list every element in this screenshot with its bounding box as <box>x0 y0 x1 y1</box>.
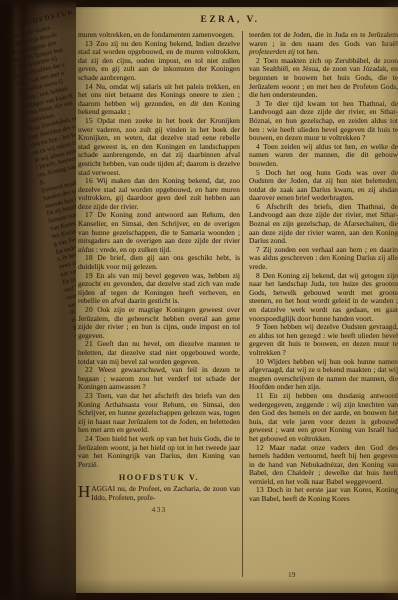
verse-text: Ook zijn er magtige Koningen geweest ove… <box>78 305 240 340</box>
verse: 4 Toen zeiden wij aldus tot hen, en welk… <box>249 143 398 169</box>
verse-text: En als van mij bevel gegeven was, hebben… <box>78 271 240 306</box>
verse: 13 Doch in het eerste jaar van Kores, Ko… <box>249 486 398 503</box>
verse: 7 Zij zonden een verhaal aan hem ; en da… <box>249 246 398 272</box>
verse-text: Toen, van dat het afschrift des briefs v… <box>78 391 240 434</box>
book-photo: EZRA, V. muren voltrekken, en de fondame… <box>0 0 398 600</box>
verse: teerden tot de Joden, die in Juda en te … <box>249 31 398 57</box>
verse: 20 Ook zijn er magtige Koningen geweest … <box>78 306 240 340</box>
verse-text: Toen hield het werk op van het huis Gods… <box>78 434 240 469</box>
verse: 3 Te dier tijd kwam tot hen Thathnai, de… <box>249 100 398 143</box>
verse-text: Toen hebben wij dezelve Oudsten gevraagd… <box>249 322 398 357</box>
verse-text: Zoo zij nu den Koning bekend, Indien dez… <box>78 39 240 82</box>
verse-text: Te dier tijd kwam tot hen Thathnai, de L… <box>249 99 398 142</box>
facing-page-gutter: HOOFDSTUK IV. OEN nu de weder- en Benjam… <box>0 0 76 600</box>
verse: 2 Toen maakten zich op Zerubbábel, de zo… <box>249 57 398 100</box>
verse-text: Geeft dan nu bevel, om diezelve mannen t… <box>78 339 240 365</box>
verse-text: Doch in het eerste jaar van Kores, Konin… <box>249 485 398 503</box>
verse: 8 Den Koning zij bekend, dat wij getogen… <box>249 272 398 324</box>
verse-text: Doch het oog huns Gods was over de Oudst… <box>249 168 398 203</box>
signature-mark: 19 <box>288 570 295 579</box>
verse: 18 De brief, dien gij aan ons geschikt h… <box>78 254 240 271</box>
verse-text: Wijders hebben wij hun ook hunne namen a… <box>249 357 398 392</box>
left-column-verses: muren voltrekken, en de fondamenten zame… <box>78 31 240 469</box>
facing-page-lines: OEN nu de weder- en Benjamin hoorde der … <box>5 0 76 493</box>
chapter-heading: HOOFDSTUK V. <box>78 473 240 482</box>
page-number: 433 <box>78 505 240 514</box>
verse-text: AGGAI nu, de Profeet, en Zacharia, de zo… <box>91 484 240 502</box>
verse: 10 Wijders hebben wij hun ook hunne name… <box>249 358 398 392</box>
verse: 6 Afschrift des briefs, dien Thathnai, d… <box>249 203 398 246</box>
verse: 22 Weest gewaarschuwd, van feil in dezen… <box>78 366 240 392</box>
verse-text: De Koning zond antwoord aan Rehum, den K… <box>78 210 240 253</box>
verse-text: Wij maken dan den Koning bekend, dat, zo… <box>78 176 240 211</box>
verse: 9 Toen hebben wij dezelve Oudsten gevraa… <box>249 323 398 357</box>
drop-cap: H <box>78 485 91 500</box>
verse: 23 Toen, van dat het afschrift des brief… <box>78 392 240 435</box>
verse: 12 Maar nadat onze vaders den God des he… <box>249 444 398 487</box>
right-column-verses: teerden tot de Joden, die in Juda en te … <box>249 31 398 504</box>
verse-text: Maar nadat onze vaders den God des hemel… <box>249 443 398 486</box>
column-divider-rule <box>242 31 243 577</box>
verse: 17 De Koning zond antwoord aan Rehum, de… <box>78 211 240 254</box>
verse: 16 Wij maken dan den Koning bekend, dat,… <box>78 177 240 211</box>
verse-text: teerden tot de Joden, die in Juda en te … <box>249 30 398 56</box>
chapter-opening: HAGGAI nu, de Profeet, en Zacharia, de z… <box>78 485 240 502</box>
verse: 14 Nu, omdat wij salaris uit het paleis … <box>78 83 240 117</box>
verse-text: Opdat men zoeke in het boek der Kronijke… <box>78 116 240 177</box>
verse: 24 Toen hield het werk op van het huis G… <box>78 435 240 469</box>
verse: 5 Doch het oog huns Gods was over de Oud… <box>249 169 398 203</box>
verse-text: Den Koning zij bekend, dat wij getogen z… <box>249 271 398 323</box>
verse-text: Weest gewaarschuwd, van feil in dezen te… <box>78 365 240 391</box>
right-column: teerden tot de Joden, die in Juda en te … <box>249 31 398 504</box>
left-column: muren voltrekken, en de fondamenten zame… <box>78 31 240 514</box>
verse: 21 Geeft dan nu bevel, om diezelve manne… <box>78 340 240 366</box>
verse-text: De brief, dien gij aan ons geschikt hebt… <box>78 253 240 271</box>
verse-text: Toen zeiden wij aldus tot hen, en welke … <box>249 142 398 168</box>
verse: 15 Opdat men zoeke in het boek der Kroni… <box>78 117 240 177</box>
bible-page: EZRA, V. muren voltrekken, en de fondame… <box>62 7 398 593</box>
running-header: EZRA, V. <box>62 15 398 25</box>
verse: 11 En zij hebben ons dusdanig antwoord w… <box>249 392 398 444</box>
facing-page-text: HOOFDSTUK IV. OEN nu de weder- en Benjam… <box>3 0 76 493</box>
verse-text: Toen maakten zich op Zerubbábel, de zoon… <box>249 56 398 99</box>
verse-text: Nu, omdat wij salaris uit het paleis tre… <box>78 82 240 117</box>
verse: 13 Zoo zij nu den Koning bekend, Indien … <box>78 40 240 83</box>
verse-text: En zij hebben ons dusdanig antwoord wede… <box>249 391 398 443</box>
verse: 19 En als van mij bevel gegeven was, heb… <box>78 272 240 306</box>
verse-text: Afschrift des briefs, dien Thathnai, de … <box>249 202 398 245</box>
verse: HAGGAI nu, de Profeet, en Zacharia, de z… <box>78 485 240 502</box>
verse-text: Zij zonden een verhaal aan hem ; en daar… <box>249 245 398 271</box>
